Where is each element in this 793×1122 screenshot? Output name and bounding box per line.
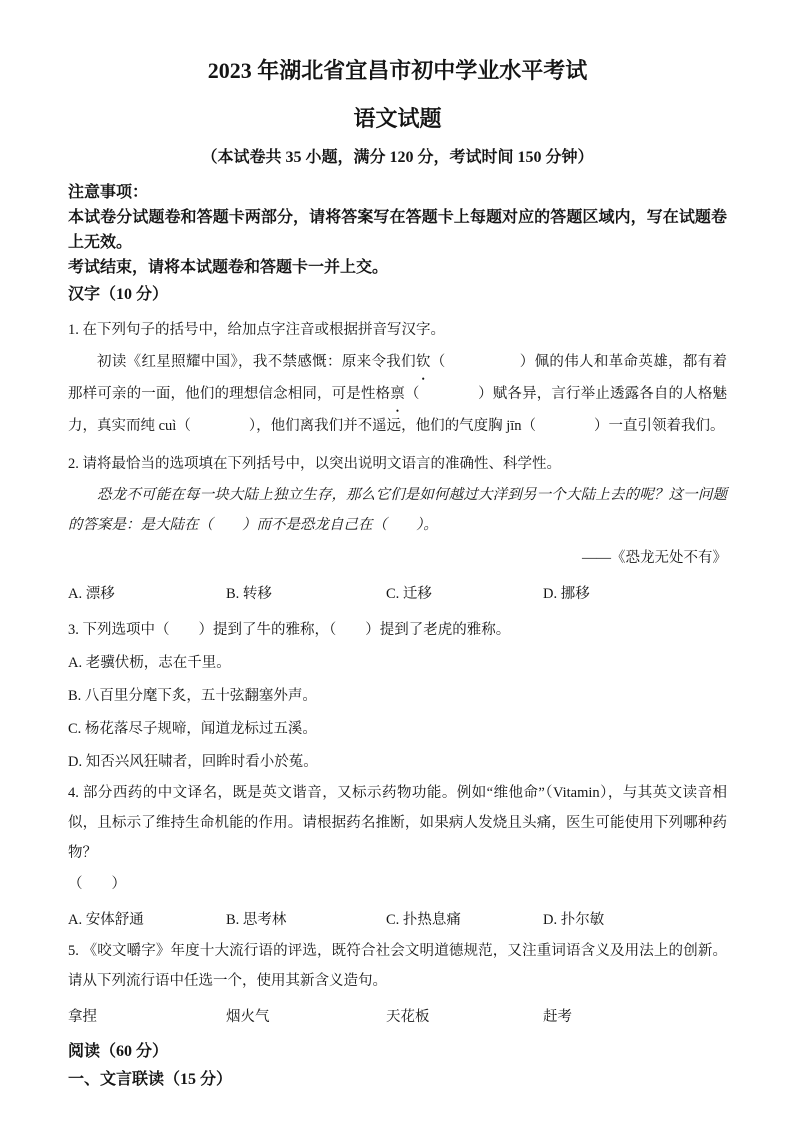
question-3-option-b: B. 八百里分麾下炙，五十弦翻塞外声。	[68, 683, 727, 710]
question-5: 5. 《咬文嚼字》年度十大流行语的评选，既符合社会文明道德规范，又注重词语含义及…	[68, 936, 727, 1031]
paper-meta: （本试卷共 35 小题，满分 120 分，考试时间 150 分钟）	[68, 146, 727, 170]
question-4: 4. 部分西药的中文译名，既是英文谐音，又标示药物功能。例如“维他命”（Vita…	[68, 778, 727, 934]
question-4-answer-blank: （ ）	[68, 870, 727, 899]
question-3-stem: 3. 下列选项中（ ）提到了牛的雅称，（ ）提到了老虎的雅称。	[68, 617, 727, 644]
notice-line-1: 本试卷分试题卷和答题卡两部分，请将答案写在答题卡上每题对应的答题区域内，写在试题…	[68, 205, 727, 255]
exam-paper-page: 2023 年湖北省宜昌市初中学业水平考试 语文试题 （本试卷共 35 小题，满分…	[0, 0, 793, 1122]
question-1-dotted-char-qin: 钦	[416, 346, 431, 378]
question-1-dotted-char-bing: 禀	[390, 378, 405, 410]
question-4-stem: 4. 部分西药的中文译名，既是英文谐音，又标示药物功能。例如“维他命”（Vita…	[68, 778, 727, 868]
section-heading-reading: 阅读（60 分）	[68, 1039, 727, 1065]
question-3: 3. 下列选项中（ ）提到了牛的雅称，（ ）提到了老虎的雅称。 A. 老骥伏枥，…	[68, 617, 727, 776]
question-5-stem: 5. 《咬文嚼字》年度十大流行语的评选，既符合社会文明道德规范，又注重词语含义及…	[68, 936, 727, 996]
question-1: 1. 在下列句子的括号中，给加点字注音或根据拼音写汉字。 初读《红星照耀中国》，…	[68, 317, 727, 442]
question-5-word-2: 烟火气	[226, 1003, 386, 1031]
question-5-word-choices: 拿捏 烟火气 天花板 赶考	[68, 1003, 727, 1031]
question-2-option-c: C. 迁移	[386, 580, 543, 608]
question-5-word-1: 拿捏	[68, 1003, 226, 1031]
question-5-word-3: 天花板	[386, 1003, 543, 1031]
question-2-source: ——《恐龙无处不有》	[68, 543, 727, 573]
question-5-word-4: 赶考	[543, 1003, 727, 1031]
notice-heading: 注意事项：	[68, 180, 727, 205]
section-heading-hanzi: 汉字（10 分）	[68, 282, 727, 308]
question-4-options: A. 安体舒通 B. 思考林 C. 扑热息痛 D. 扑尔敏	[68, 906, 727, 934]
question-1-stem: 1. 在下列句子的括号中，给加点字注音或根据拼音写汉字。	[68, 317, 727, 344]
question-2-option-b: B. 转移	[226, 580, 386, 608]
notice-line-2: 考试结束，请将本试题卷和答题卡一并上交。	[68, 255, 727, 280]
question-2: 2. 请将最恰当的选项填在下列括号中，以突出说明文语言的准确性、科学性。 恐龙不…	[68, 451, 727, 608]
question-1-passage-seg1: 初读《红星照耀中国》，我不禁感慨：原来令我们	[97, 354, 416, 370]
question-3-option-d: D. 知否兴风狂啸者，回眸时看小於菟。	[68, 749, 727, 776]
question-1-passage: 初读《红星照耀中国》，我不禁感慨：原来令我们钦（ ）佩的伟人和革命英雄，都有着那…	[68, 346, 727, 442]
question-3-option-c: C. 杨花落尽子规啼，闻道龙标过五溪。	[68, 716, 727, 743]
section-heading-wenyan: 一、文言联读（15 分）	[68, 1067, 727, 1093]
question-2-option-d: D. 挪移	[543, 580, 727, 608]
question-4-option-b: B. 思考林	[226, 906, 386, 934]
question-2-options: A. 漂移 B. 转移 C. 迁移 D. 挪移	[68, 580, 727, 608]
question-4-option-d: D. 扑尔敏	[543, 906, 727, 934]
question-4-option-c: C. 扑热息痛	[386, 906, 543, 934]
paper-subtitle: 语文试题	[68, 104, 727, 134]
question-4-option-a: A. 安体舒通	[68, 906, 226, 934]
question-2-stem: 2. 请将最恰当的选项填在下列括号中，以突出说明文语言的准确性、科学性。	[68, 451, 727, 478]
question-2-passage: 恐龙不可能在每一块大陆上独立生存，那么它们是如何越过大洋到另一个大陆上去的呢？这…	[68, 480, 727, 540]
paper-title: 2023 年湖北省宜昌市初中学业水平考试	[68, 56, 727, 86]
question-2-option-a: A. 漂移	[68, 580, 226, 608]
question-3-option-a: A. 老骥伏枥，志在千里。	[68, 650, 727, 677]
